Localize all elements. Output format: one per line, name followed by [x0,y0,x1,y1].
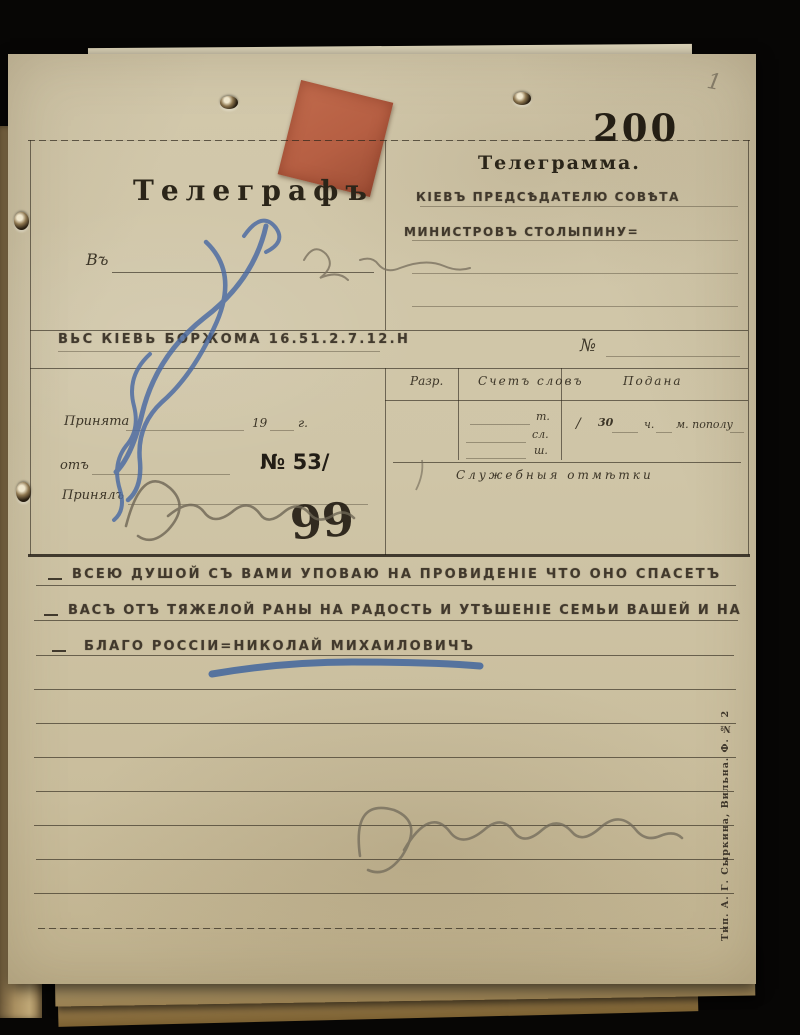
accepted-by-label: Принялъ [62,488,124,503]
handed-line-1 [612,432,638,433]
message-rule-9 [36,859,734,860]
address-rule-3 [412,273,738,274]
wordcount-row-t: т. [536,410,550,423]
message-rule-7 [36,791,734,792]
message-rule-11 [38,928,730,929]
typed-address-line-2: МИНИСТРОВЪ СТОЛЫПИНУ= [404,225,639,239]
typed-message-line-2: ВАСЪ ОТЪ ТЯЖЕЛОЙ РАНЫ НА РАДОСТЬ И УТѢШЕ… [68,603,741,618]
wordcount-line-3 [466,458,526,459]
archival-photo: 200 1 Телеграфъ Въ Телеграмма. КІЕВЪ ПРЕ… [0,0,800,1035]
tariff-header-underline [385,400,748,401]
message-rule-8 [34,825,734,826]
minutes-label: м. пополу [676,418,733,431]
telegram-number-value: № 53/ [260,450,329,474]
to-fill-line [112,272,374,273]
from-label: отъ [60,458,89,473]
typed-message-line-3: БЛАГО РОССІИ=НИКОЛАЙ МИХАИЛОВИЧЪ [84,639,475,654]
pencil-bottom-scrawl [359,808,682,872]
service-notes-label: Служебныя отмѣтки [456,468,654,482]
blue-ink-flourish [114,221,279,520]
folio-number-stamp: 200 [593,106,679,150]
handed-line-2 [656,432,672,433]
message-rule-2 [34,620,738,621]
wordcount-row-sl: сл. [532,428,549,441]
word-count-column-header: Счетъ словъ [478,374,584,388]
year-suffix: г. [298,416,308,430]
telegram-form-sheet: 200 1 Телеграфъ Въ Телеграмма. КІЕВЪ ПРЕ… [8,54,756,984]
pencil-destination-scrawl [304,249,470,280]
handed-line-3 [730,432,744,433]
message-rule-5 [36,723,736,724]
printer-imprint: Тип. А. Г. Сыркина, Вильна. Ф. № 2 [720,736,731,941]
form-bottom-border [28,554,750,557]
address-rule-4 [412,306,738,307]
routing-fill-line [58,351,380,352]
typed-routing-line: ВЬС КІЕВЬ БОРЖОМА 16.51.2.7.12.Н [58,332,410,347]
message-rule-6 [34,757,736,758]
punch-hole-top-right [513,92,531,105]
message-rule-4 [34,689,736,690]
handed-time-value: 30 [598,416,613,429]
telegraph-panel-title: Телеграфъ [133,174,374,207]
message-rule-10 [34,893,734,894]
upper-boxes-bottom-border [30,330,748,331]
margin-dash-1 [48,578,62,580]
number-fill-line [606,356,740,357]
punch-hole-left-upper [14,212,29,230]
panel-divider-upper [385,140,386,330]
typed-address-line-1: КІЕВЪ ПРЕДСѢДАТЕЛЮ СОВѢТА [416,190,680,204]
typed-message-line-1: ВСЕЮ ДУШОЙ СЪ ВАМИ УПОВАЮ НА ПРОВИДЕНІЕ … [72,567,721,582]
number-symbol-label: № [580,336,596,356]
message-rule-1 [36,585,736,586]
telegram-panel-title: Телеграмма. [478,152,641,174]
routing-band-bottom-border [30,368,748,369]
address-rule-1 [420,206,738,207]
punch-hole-top-left [220,96,238,109]
year-fill-line [270,430,294,431]
pencil-service-mark [416,460,422,490]
receipt-number-stamp: 99 [288,492,356,550]
category-column-header: Разр. [410,374,443,388]
received-fill-line [126,430,244,431]
handed-column-header: Подана [623,374,683,388]
hours-label: ч. [644,418,654,431]
form-left-border [30,140,31,555]
tariff-divider-1 [458,368,459,460]
wordcount-line-2 [466,442,526,443]
tariff-divider-2 [561,368,562,460]
form-top-border [28,140,750,141]
wordcount-line-1 [470,424,530,425]
service-notes-topline [393,462,741,463]
address-rule-2 [412,240,738,241]
panel-divider-lower [385,368,386,555]
punch-hole-left-lower [16,482,31,502]
margin-dash-2 [44,614,58,616]
handed-slash: / [576,416,581,432]
to-label: Въ [86,250,108,269]
year-prefix: 19 [252,416,267,430]
pencil-page-number: 1 [705,69,723,96]
message-rule-3 [36,655,734,656]
received-label: Принята [64,414,129,429]
wordcount-row-sh: ш. [534,444,548,457]
blue-ink-underline [212,662,480,674]
form-right-border [748,140,749,555]
margin-dash-3 [52,650,66,652]
from-fill-line [92,474,230,475]
